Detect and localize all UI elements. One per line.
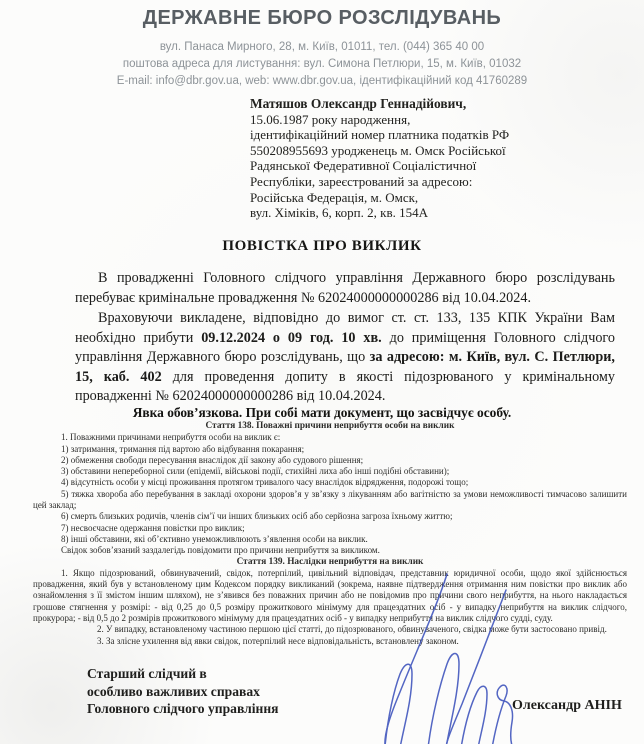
addressee-line: Радянської Федеративної Соціалістичної — [250, 158, 622, 174]
article-138-item: 4) відсутність особи у місці проживання … — [33, 477, 627, 488]
addressee-line: Республіки, зареєстрований за адресою: — [250, 174, 622, 190]
signer-position-block: Старший слідчий в особливо важливих спра… — [87, 665, 279, 718]
contact-email-line: E-mail: info@dbr.gov.ua, web: www.dbr.go… — [0, 73, 644, 90]
mandatory-appearance-notice: Явка обов’язкова. При собі мати документ… — [0, 405, 644, 421]
contact-postal-line: поштова адреса для листування: вул. Симо… — [0, 56, 644, 73]
addressee-name: Матяшов Олександр Геннадійович, — [250, 96, 622, 112]
article-138-item: 1) затримання, тримання під вартою або в… — [33, 444, 627, 455]
contact-address-line: вул. Панаса Мирного, 28, м. Київ, 01011,… — [0, 39, 644, 56]
case-paragraph: В провадженні Головного слідчого управлі… — [75, 269, 615, 308]
organization-name: ДЕРЖАВНЕ БЮРО РОЗСЛІДУВАНЬ — [0, 7, 644, 30]
signer-position-line: Головного слідчого управління — [87, 700, 279, 718]
article-138-item: 2) обмеження свободи пересування внаслід… — [33, 455, 627, 466]
article-139-paragraph-3: 3. За злісне ухилення від явки свідок, п… — [33, 636, 627, 647]
addressee-line: ідентифікаційний номер платника податків… — [250, 127, 622, 143]
legal-fine-print: Стаття 138. Поважні причини неприбуття о… — [33, 421, 627, 647]
addressee-line: вул. Хіміків, 6, корп. 2, кв. 154А — [250, 205, 622, 221]
article-138-item: 5) тяжка хвороба або перебування в закла… — [33, 489, 627, 512]
summons-document-page: ДЕРЖАВНЕ БЮРО РОЗСЛІДУВАНЬ вул. Панаса М… — [0, 0, 644, 744]
article-138-intro: 1. Поважними причинами неприбуття особи … — [33, 432, 627, 443]
signer-position-line: особливо важливих справах — [87, 683, 279, 701]
addressee-block: Матяшов Олександр Геннадійович, 15.06.19… — [250, 96, 622, 221]
article-139-heading: Стаття 139. Наслідки неприбуття на викли… — [33, 557, 627, 568]
article-138-item: 3) обставини непереборної сили (епідемії… — [33, 466, 627, 477]
summons-paragraph: Враховуючи викладене, відповідно до вимо… — [75, 309, 615, 407]
witness-obligation-note: Свідок зобов’язаний заздалегідь повідоми… — [33, 545, 627, 556]
letterhead: ДЕРЖАВНЕ БЮРО РОЗСЛІДУВАНЬ вул. Панаса М… — [0, 7, 644, 90]
addressee-line: 550208955693 уродженець м. Омск Російськ… — [250, 143, 622, 159]
signer-name: Олександр АНІН — [512, 698, 622, 714]
article-139-paragraph-1: 1. Якщо підозрюваний, обвинувачений, сві… — [33, 568, 627, 624]
summons-datetime: 09.12.2024 о 09 год. 10 хв. — [201, 330, 382, 346]
article-138-item: 8) інші обставини, які об’єктивно унемож… — [33, 534, 627, 545]
organization-contacts: вул. Панаса Мирного, 28, м. Київ, 01011,… — [0, 39, 644, 90]
addressee-line: 15.06.1987 року народження, — [250, 112, 622, 128]
article-138-item: 7) несвоєчасне одержання повістки про ви… — [33, 523, 627, 534]
document-title: ПОВІСТКА ПРО ВИКЛИК — [0, 238, 644, 255]
article-138-heading: Стаття 138. Поважні причини неприбуття о… — [33, 421, 627, 432]
article-139-paragraph-2: 2. У випадку, встановленому частиною пер… — [33, 624, 627, 635]
addressee-line: Російська Федерація, м. Омск, — [250, 190, 622, 206]
article-138-item: 6) смерть близьких родичів, членів сім’ї… — [33, 511, 627, 522]
signer-position-line: Старший слідчий в — [87, 665, 279, 683]
